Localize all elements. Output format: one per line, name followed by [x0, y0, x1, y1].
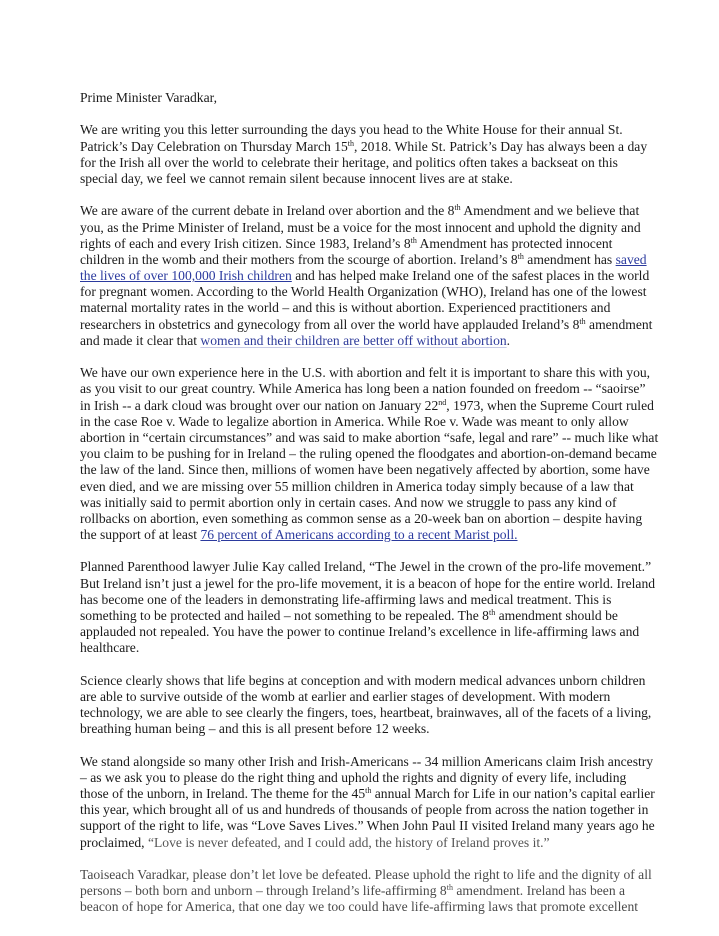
- text-line: researchers in obstetrics and gynecology…: [80, 317, 660, 333]
- link-marist-poll[interactable]: 76 percent of Americans according to a r…: [200, 527, 517, 542]
- text-run: as you visit to our great country. While…: [80, 381, 645, 396]
- text-line: We are aware of the current debate in Ir…: [80, 203, 660, 219]
- quotation: “Love is never defeated, and I could add…: [148, 835, 550, 850]
- text-line: rights of each and every Irish citizen. …: [80, 236, 660, 252]
- text-run: this year, which brought all of us and h…: [80, 802, 648, 817]
- text-run: for pregnant women. According to the Wor…: [80, 284, 647, 299]
- text-run: But Ireland isn’t just a jewel for the p…: [80, 576, 655, 591]
- text-line: We stand alongside so many other Irish a…: [80, 754, 660, 770]
- text-run: the support of at least: [80, 527, 200, 542]
- text-run: and has helped make Ireland one of the s…: [292, 268, 649, 283]
- text-line: as you visit to our great country. While…: [80, 381, 660, 397]
- text-line: are able to survive outside of the womb …: [80, 689, 660, 705]
- text-run: persons – both born and unborn – through…: [80, 883, 447, 898]
- text-run: abortion in “certain circumstances” and …: [80, 430, 658, 445]
- paragraph-p6: We stand alongside so many other Irish a…: [80, 754, 660, 851]
- text-run: We stand alongside so many other Irish a…: [80, 754, 653, 769]
- text-run: Science clearly shows that life begins a…: [80, 673, 645, 688]
- text-run: , 1973, when the Supreme Court ruled: [446, 398, 654, 413]
- text-line: the support of at least 76 percent of Am…: [80, 527, 660, 543]
- text-run: rights of each and every Irish citizen. …: [80, 236, 411, 251]
- text-run: Planned Parenthood lawyer Julie Kay call…: [80, 559, 651, 574]
- text-line: those of the unborn, in Ireland. The the…: [80, 786, 660, 802]
- text-line: We have our own experience here in the U…: [80, 365, 660, 381]
- text-run: We have our own experience here in the U…: [80, 365, 650, 380]
- text-line: support of the right to life, was “Love …: [80, 818, 660, 834]
- text-run: for the Irish all over the world to cele…: [80, 155, 618, 170]
- text-run: applauded not repealed. You have the pow…: [80, 624, 639, 639]
- text-line: was initially said to permit abortion on…: [80, 495, 660, 511]
- text-run: in the case Roe v. Wade to legalize abor…: [80, 414, 629, 429]
- text-run: Amendment and we believe that: [461, 203, 640, 218]
- link-better-off[interactable]: women and their children are better off …: [200, 333, 506, 348]
- paragraph-p1: We are writing you this letter surroundi…: [80, 122, 660, 187]
- text-run: children in the womb and their mothers f…: [80, 252, 518, 267]
- text-line: proclaimed, “Love is never defeated, and…: [80, 835, 660, 851]
- letter-page: Prime Minister Varadkar, We are writing …: [80, 90, 660, 932]
- text-line: Taoiseach Varadkar, please don’t let lov…: [80, 867, 660, 883]
- text-run: researchers in obstetrics and gynecology…: [80, 317, 579, 332]
- paragraph-p2: We are aware of the current debate in Ir…: [80, 203, 660, 349]
- text-run: in Irish -- a dark cloud was brought ove…: [80, 398, 438, 413]
- text-line: rollbacks on abortion, even something as…: [80, 511, 660, 527]
- text-line: applauded not repealed. You have the pow…: [80, 624, 660, 640]
- link-saved-lives[interactable]: the lives of over 100,000 Irish children: [80, 268, 292, 283]
- text-run: Amendment has protected innocent: [417, 236, 613, 251]
- text-line: even died, and we are missing over 55 mi…: [80, 479, 660, 495]
- text-run: , 2018. While St. Patrick’s Day has alwa…: [354, 139, 647, 154]
- text-run: and made it clear that: [80, 333, 200, 348]
- text-run: amendment should be: [495, 608, 618, 623]
- text-run: proclaimed,: [80, 835, 148, 850]
- text-run: maternal mortality rates in the world – …: [80, 300, 610, 315]
- letter-body: We are writing you this letter surroundi…: [80, 122, 660, 915]
- text-line: something to be protected and hailed – n…: [80, 608, 660, 624]
- text-run: amendment. Ireland has been a: [453, 883, 625, 898]
- text-line: for pregnant women. According to the Wor…: [80, 284, 660, 300]
- text-run: rollbacks on abortion, even something as…: [80, 511, 642, 526]
- text-line: technology, we are able to see clearly t…: [80, 705, 660, 721]
- text-run: Taoiseach Varadkar, please don’t let lov…: [80, 867, 652, 882]
- text-run: breathing human being – and this is all …: [80, 721, 430, 736]
- text-run: you claim to be pushing for in Ireland –…: [80, 446, 657, 461]
- text-line: But Ireland isn’t just a jewel for the p…: [80, 576, 660, 592]
- text-run: healthcare.: [80, 640, 139, 655]
- text-line: abortion in “certain circumstances” and …: [80, 430, 660, 446]
- text-line: children in the womb and their mothers f…: [80, 252, 660, 268]
- text-line: persons – both born and unborn – through…: [80, 883, 660, 899]
- text-line: – as we ask you to please do the right t…: [80, 770, 660, 786]
- text-run: support of the right to life, was “Love …: [80, 818, 655, 833]
- text-line: Science clearly shows that life begins a…: [80, 673, 660, 689]
- text-run: beacon of hope for America, that one day…: [80, 899, 638, 914]
- text-run: the law of the land. Since then, million…: [80, 462, 650, 477]
- text-line: the lives of over 100,000 Irish children…: [80, 268, 660, 284]
- text-run: are able to survive outside of the womb …: [80, 689, 610, 704]
- text-line: Planned Parenthood lawyer Julie Kay call…: [80, 559, 660, 575]
- text-run: – as we ask you to please do the right t…: [80, 770, 626, 785]
- link-saved-lives[interactable]: saved: [616, 252, 647, 267]
- text-run: annual March for Life in our nation’s ca…: [371, 786, 654, 801]
- text-line: healthcare.: [80, 640, 660, 656]
- text-run: amendment: [586, 317, 653, 332]
- text-line: breathing human being – and this is all …: [80, 721, 660, 737]
- text-run: was initially said to permit abortion on…: [80, 495, 616, 510]
- text-line: maternal mortality rates in the world – …: [80, 300, 660, 316]
- text-line: you, as the Prime Minister of Ireland, m…: [80, 220, 660, 236]
- text-line: has become one of the leaders in demonst…: [80, 592, 660, 608]
- paragraph-p5: Science clearly shows that life begins a…: [80, 673, 660, 738]
- text-line: in the case Roe v. Wade to legalize abor…: [80, 414, 660, 430]
- text-line: this year, which brought all of us and h…: [80, 802, 660, 818]
- text-line: you claim to be pushing for in Ireland –…: [80, 446, 660, 462]
- text-run: those of the unborn, in Ireland. The the…: [80, 786, 365, 801]
- text-line: the law of the land. Since then, million…: [80, 462, 660, 478]
- text-run: has become one of the leaders in demonst…: [80, 592, 611, 607]
- paragraph-p4: Planned Parenthood lawyer Julie Kay call…: [80, 559, 660, 656]
- text-run: Patrick’s Day Celebration on Thursday Ma…: [80, 139, 348, 154]
- text-run: .: [507, 333, 510, 348]
- text-run: amendment has: [524, 252, 616, 267]
- text-run: We are aware of the current debate in Ir…: [80, 203, 454, 218]
- text-run: something to be protected and hailed – n…: [80, 608, 489, 623]
- text-line: beacon of hope for America, that one day…: [80, 899, 660, 915]
- text-run: technology, we are able to see clearly t…: [80, 705, 651, 720]
- text-run: you, as the Prime Minister of Ireland, m…: [80, 220, 641, 235]
- salutation: Prime Minister Varadkar,: [80, 90, 660, 106]
- text-line: for the Irish all over the world to cele…: [80, 155, 660, 171]
- text-run: special day, we feel we cannot remain si…: [80, 171, 513, 186]
- text-line: in Irish -- a dark cloud was brought ove…: [80, 398, 660, 414]
- text-line: special day, we feel we cannot remain si…: [80, 171, 660, 187]
- text-line: Patrick’s Day Celebration on Thursday Ma…: [80, 139, 660, 155]
- text-line: and made it clear that women and their c…: [80, 333, 660, 349]
- text-run: even died, and we are missing over 55 mi…: [80, 479, 634, 494]
- text-line: We are writing you this letter surroundi…: [80, 122, 660, 138]
- paragraph-p3: We have our own experience here in the U…: [80, 365, 660, 543]
- paragraph-p7: Taoiseach Varadkar, please don’t let lov…: [80, 867, 660, 916]
- text-run: We are writing you this letter surroundi…: [80, 122, 623, 137]
